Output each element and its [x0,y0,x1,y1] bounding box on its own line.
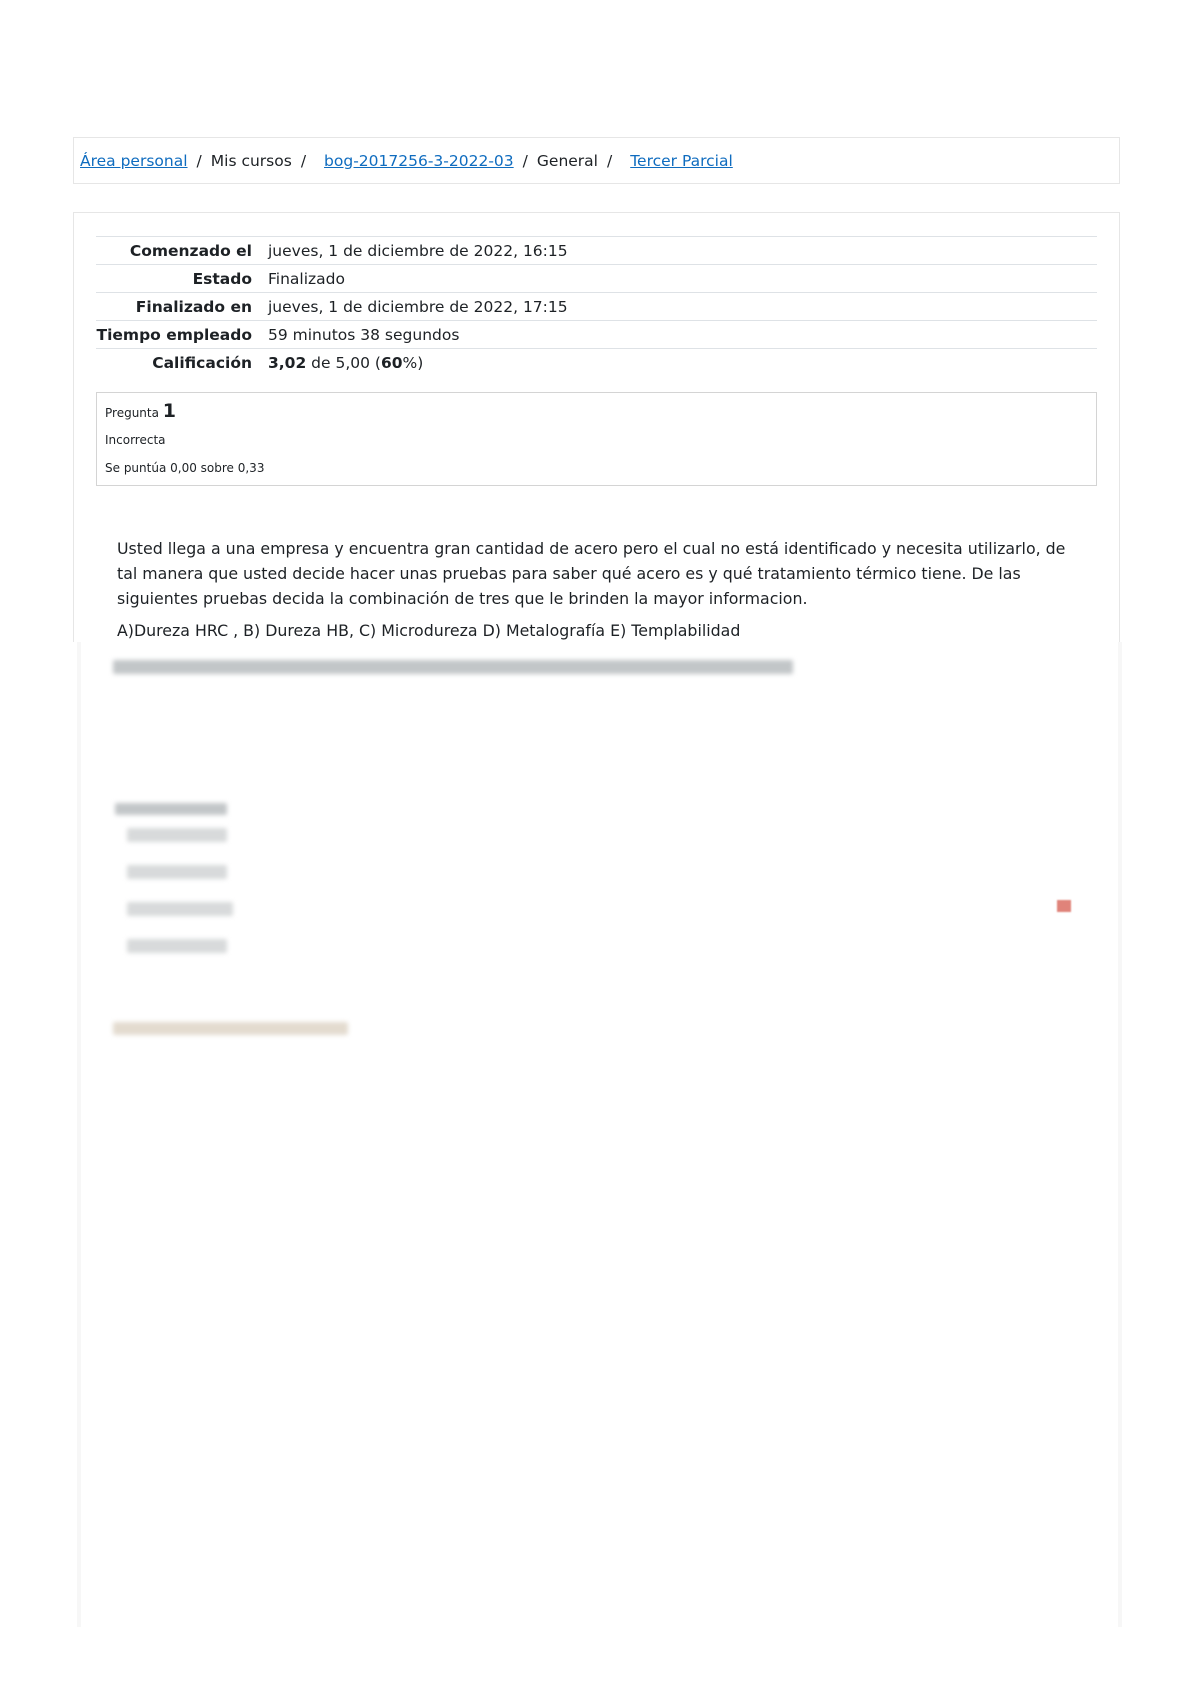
question-number-value: 1 [163,400,176,422]
redacted-answer-region [77,642,1122,1627]
breadcrumb-separator: / [197,152,202,170]
breadcrumb-general: General [537,152,598,170]
breadcrumb-separator: / [607,152,612,170]
question-state: Incorrecta [105,433,166,447]
grade-of: de 5,00 ( [306,354,381,372]
summary-label: Estado [96,265,268,293]
redacted-option[interactable] [127,939,227,953]
grade-suffix: %) [403,354,424,372]
question-prefix: Pregunta [105,406,159,420]
summary-label: Tiempo empleado [96,321,268,349]
question-number: Pregunta 1 [105,400,176,422]
question-mark: Se puntúa 0,00 sobre 0,33 [105,461,264,475]
summary-value: jueves, 1 de diciembre de 2022, 17:15 [268,293,1097,321]
summary-label: Calificación [96,349,268,377]
summary-value: jueves, 1 de diciembre de 2022, 16:15 [268,237,1097,265]
grade-value: 3,02 de 5,00 (60%) [268,349,1097,377]
breadcrumb-separator: / [301,152,306,170]
breadcrumb-course[interactable]: bog-2017256-3-2022-03 [324,152,514,170]
summary-label: Finalizado en [96,293,268,321]
breadcrumb: Área personal / Mis cursos / bog-2017256… [73,137,1120,184]
redacted-option[interactable] [127,902,233,916]
summary-row-state: Estado Finalizado [96,265,1097,293]
breadcrumb-mis-cursos: Mis cursos [211,152,292,170]
incorrect-mark-icon [1057,900,1071,912]
summary-value: Finalizado [268,265,1097,293]
summary-row-grade: Calificación 3,02 de 5,00 (60%) [96,349,1097,377]
grade-percent: 60 [381,354,403,372]
summary-value: 59 minutos 38 segundos [268,321,1097,349]
attempt-summary-table: Comenzado el jueves, 1 de diciembre de 2… [96,236,1097,376]
breadcrumb-separator: / [523,152,528,170]
summary-row-finished: Finalizado en jueves, 1 de diciembre de … [96,293,1097,321]
redacted-label [115,803,227,815]
summary-row-started: Comenzado el jueves, 1 de diciembre de 2… [96,237,1097,265]
redacted-option[interactable] [127,828,227,842]
question-text: Usted llega a una empresa y encuentra gr… [117,536,1077,643]
summary-row-time: Tiempo empleado 59 minutos 38 segundos [96,321,1097,349]
redacted-feedback-line [113,1022,348,1035]
breadcrumb-tercer-parcial[interactable]: Tercer Parcial [630,152,733,170]
redacted-text-line [113,660,793,674]
summary-label: Comenzado el [96,237,268,265]
question-options-text: A)Dureza HRC , B) Dureza HB, C) Microdur… [117,618,1077,643]
redacted-option[interactable] [127,865,227,879]
question-info-box: Pregunta 1 Incorrecta Se puntúa 0,00 sob… [96,392,1097,486]
grade-score: 3,02 [268,354,306,372]
question-statement: Usted llega a una empresa y encuentra gr… [117,536,1077,611]
breadcrumb-area-personal[interactable]: Área personal [80,152,188,170]
